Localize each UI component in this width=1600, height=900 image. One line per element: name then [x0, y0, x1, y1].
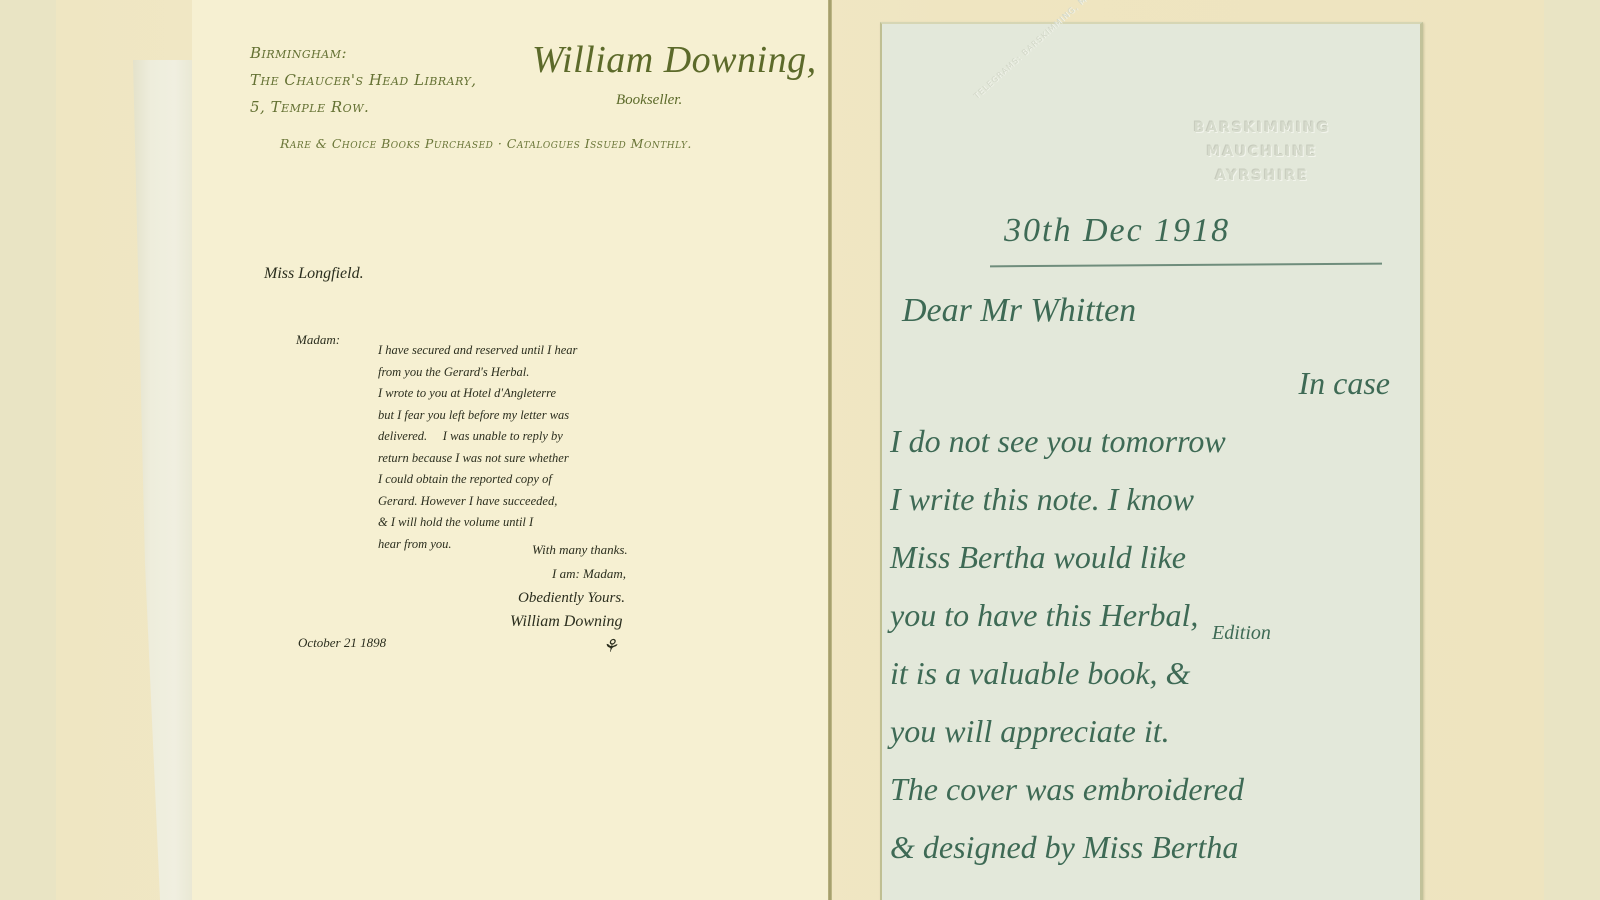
letterhead-role: Bookseller.: [616, 92, 682, 109]
body-line: I could obtain the reported copy of: [378, 469, 688, 491]
whitten-note: TELEGRAMS: BARSKIMMING, MAUCHLINE BARSKI…: [880, 22, 1423, 900]
closing-line: With many thanks.: [532, 538, 628, 562]
body-line: & I will hold the volume until I: [378, 512, 688, 534]
note-salutation: Dear Mr Whitten: [902, 292, 1136, 330]
tissue-strip: [133, 60, 193, 900]
note-line: it is a valuable book, &: [890, 644, 1410, 702]
note-line: & designed by Miss Bertha: [890, 818, 1410, 876]
body-line: Gerard. However I have succeeded,: [378, 491, 688, 513]
note-body: In case I do not see you tomorrow I writ…: [890, 354, 1410, 876]
address-line: Birmingham:: [250, 40, 550, 67]
closing-line: Obediently Yours.: [518, 586, 628, 610]
monogram-icon: ⚘: [602, 634, 628, 658]
note-line: The cover was embroidered: [890, 760, 1410, 818]
letter-closing: With many thanks. I am: Madam, Obedientl…: [532, 538, 628, 658]
body-line: return because I was not sure whether: [378, 448, 688, 470]
body-line: delivered. I was unable to reply by: [378, 426, 688, 448]
emboss-line: BARSKIMMING: [1182, 116, 1342, 140]
note-line: I do not see you tomorrow: [890, 412, 1410, 470]
document-photo: Birmingham: The Chaucer's Head Library, …: [0, 0, 1600, 900]
letterhead-address: Birmingham: The Chaucer's Head Library, …: [250, 40, 550, 121]
emboss-line: AYRSHIRE: [1182, 164, 1342, 188]
date-underline: [990, 263, 1382, 268]
signature: William Downing: [510, 610, 628, 634]
address-line: 5, Temple Row.: [250, 94, 550, 121]
body-line: I wrote to you at Hotel d'Angleterre: [378, 383, 688, 405]
note-insertion: Edition: [1212, 622, 1271, 645]
note-line: Miss Bertha would like: [890, 528, 1410, 586]
letter-salutation: Madam:: [296, 332, 340, 348]
emboss-line: MAUCHLINE: [1182, 140, 1342, 164]
embossed-address: BARSKIMMING MAUCHLINE AYRSHIRE: [1182, 116, 1342, 188]
closing-line: I am: Madam,: [532, 562, 628, 586]
note-date: 30th Dec 1918: [1004, 212, 1230, 250]
letterhead-tagline: Rare & Choice Books Purchased · Catalogu…: [280, 136, 692, 151]
note-line: In case: [890, 354, 1410, 412]
body-line: but I fear you left before my letter was: [378, 405, 688, 427]
letter-date: October 21 1898: [298, 635, 386, 651]
letter-recipient: Miss Longfield.: [264, 265, 364, 283]
page-fold: [828, 0, 832, 900]
note-line: you will appreciate it.: [890, 702, 1410, 760]
address-line: The Chaucer's Head Library,: [250, 67, 550, 94]
note-line: you to have this Herbal,: [890, 586, 1410, 644]
note-line: I write this note. I know: [890, 470, 1410, 528]
body-line: I have secured and reserved until I hear: [378, 340, 688, 362]
letterhead-name: William Downing,: [532, 38, 817, 82]
letter-body: I have secured and reserved until I hear…: [378, 340, 688, 555]
body-line: from you the Gerard's Herbal.: [378, 362, 688, 384]
downing-letter: Birmingham: The Chaucer's Head Library, …: [192, 0, 828, 900]
